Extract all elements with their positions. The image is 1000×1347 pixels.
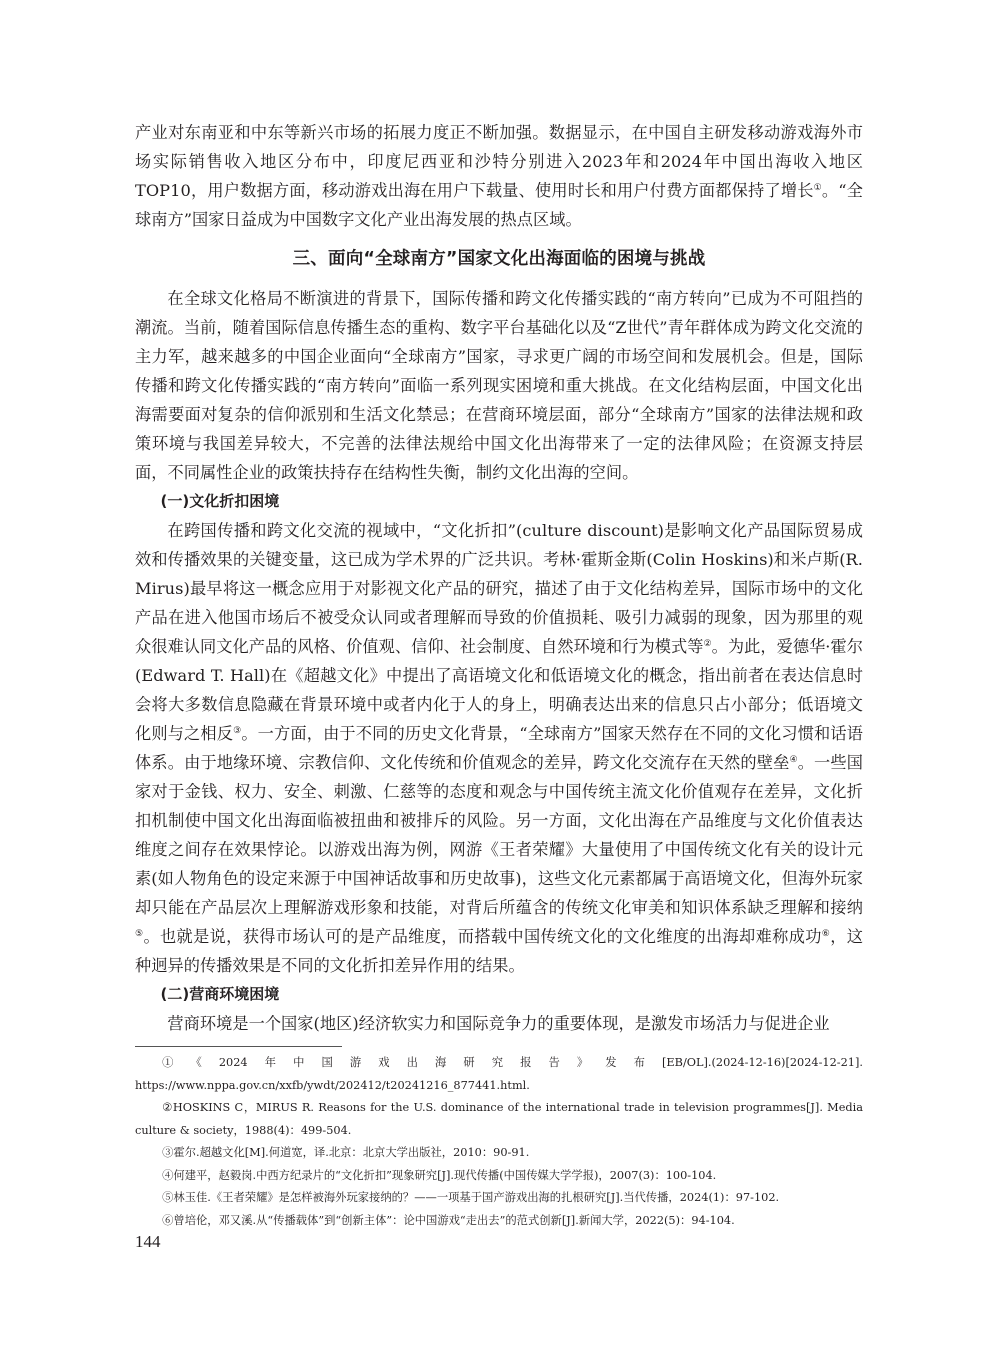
paragraph-text: 。也就是说，获得市场认可的是产品维度，而搭载中国传统文化的文化维度的出海却难称成…	[143, 927, 821, 946]
footnote-2: ②HOSKINS C，MIRUS R. Reasons for the U.S.…	[135, 1097, 863, 1142]
footnote-ref-6[interactable]: ⑥	[822, 929, 830, 939]
paragraph-business-environment: 营商环境是一个国家(地区)经济软实力和国际竞争力的重要体现，是激发市场活力与促进…	[135, 1009, 863, 1038]
paragraph-text: 产业对东南亚和中东等新兴市场的拓展力度正不断加强。数据显示，在中国自主研发移动游…	[135, 123, 863, 200]
article-body: 产业对东南亚和中东等新兴市场的拓展力度正不断加强。数据显示，在中国自主研发移动游…	[135, 118, 863, 1038]
footnote-ref-1[interactable]: ①	[814, 183, 822, 193]
paragraph-text: 。一方面，由于不同的历史文化背景，“全球南方”国家天然存在不同的文化习惯和话语体…	[135, 724, 863, 772]
footnote-6: ⑥曾培伦，邓又溪.从“传播载体”到“创新主体”：论中国游戏“走出去”的范式创新[…	[135, 1210, 863, 1233]
footnote-5: ⑤林玉佳.《王者荣耀》是怎样被海外玩家接纳的？——一项基于国产游戏出海的扎根研究…	[135, 1187, 863, 1210]
paragraph-cultural-discount: 在跨国传播和跨文化交流的视域中，“文化折扣”(culture discount)…	[135, 516, 863, 980]
paragraph-text: 。一些国家对于金钱、权力、安全、刺激、仁慈等的态度和观念与中国传统主流文化价值观…	[135, 753, 863, 917]
subsection-heading-business-environment: (二)营商环境困境	[135, 980, 863, 1009]
footnote-3: ③霍尔.超越文化[M].何道宽，译.北京：北京大学出版社，2010：90-91.	[135, 1142, 863, 1165]
paragraph-text: 在跨国传播和跨文化交流的视域中，“文化折扣”(culture discount)…	[135, 521, 863, 656]
footnote-1: ①《2024年中国游戏出海研究报告》发布[EB/OL].(2024-12-16)…	[135, 1052, 863, 1097]
footnotes: ①《2024年中国游戏出海研究报告》发布[EB/OL].(2024-12-16)…	[135, 1052, 863, 1232]
paragraph-continued: 产业对东南亚和中东等新兴市场的拓展力度正不断加强。数据显示，在中国自主研发移动游…	[135, 118, 863, 234]
footnote-ref-2[interactable]: ②	[703, 639, 711, 649]
page-number: 144	[135, 1232, 161, 1252]
footnote-divider	[135, 1046, 342, 1047]
footnote-ref-4[interactable]: ④	[789, 755, 797, 765]
section-heading: 三、面向“全球南方”国家文化出海面临的困境与挑战	[135, 244, 863, 274]
paragraph-intro: 在全球文化格局不断演进的背景下，国际传播和跨文化传播实践的“南方转向”已成为不可…	[135, 284, 863, 487]
footnote-4: ④何建平，赵毅岗.中西方纪录片的“文化折扣”现象研究[J].现代传播(中国传媒大…	[135, 1165, 863, 1188]
subsection-heading-cultural-discount: (一)文化折扣困境	[135, 487, 863, 516]
